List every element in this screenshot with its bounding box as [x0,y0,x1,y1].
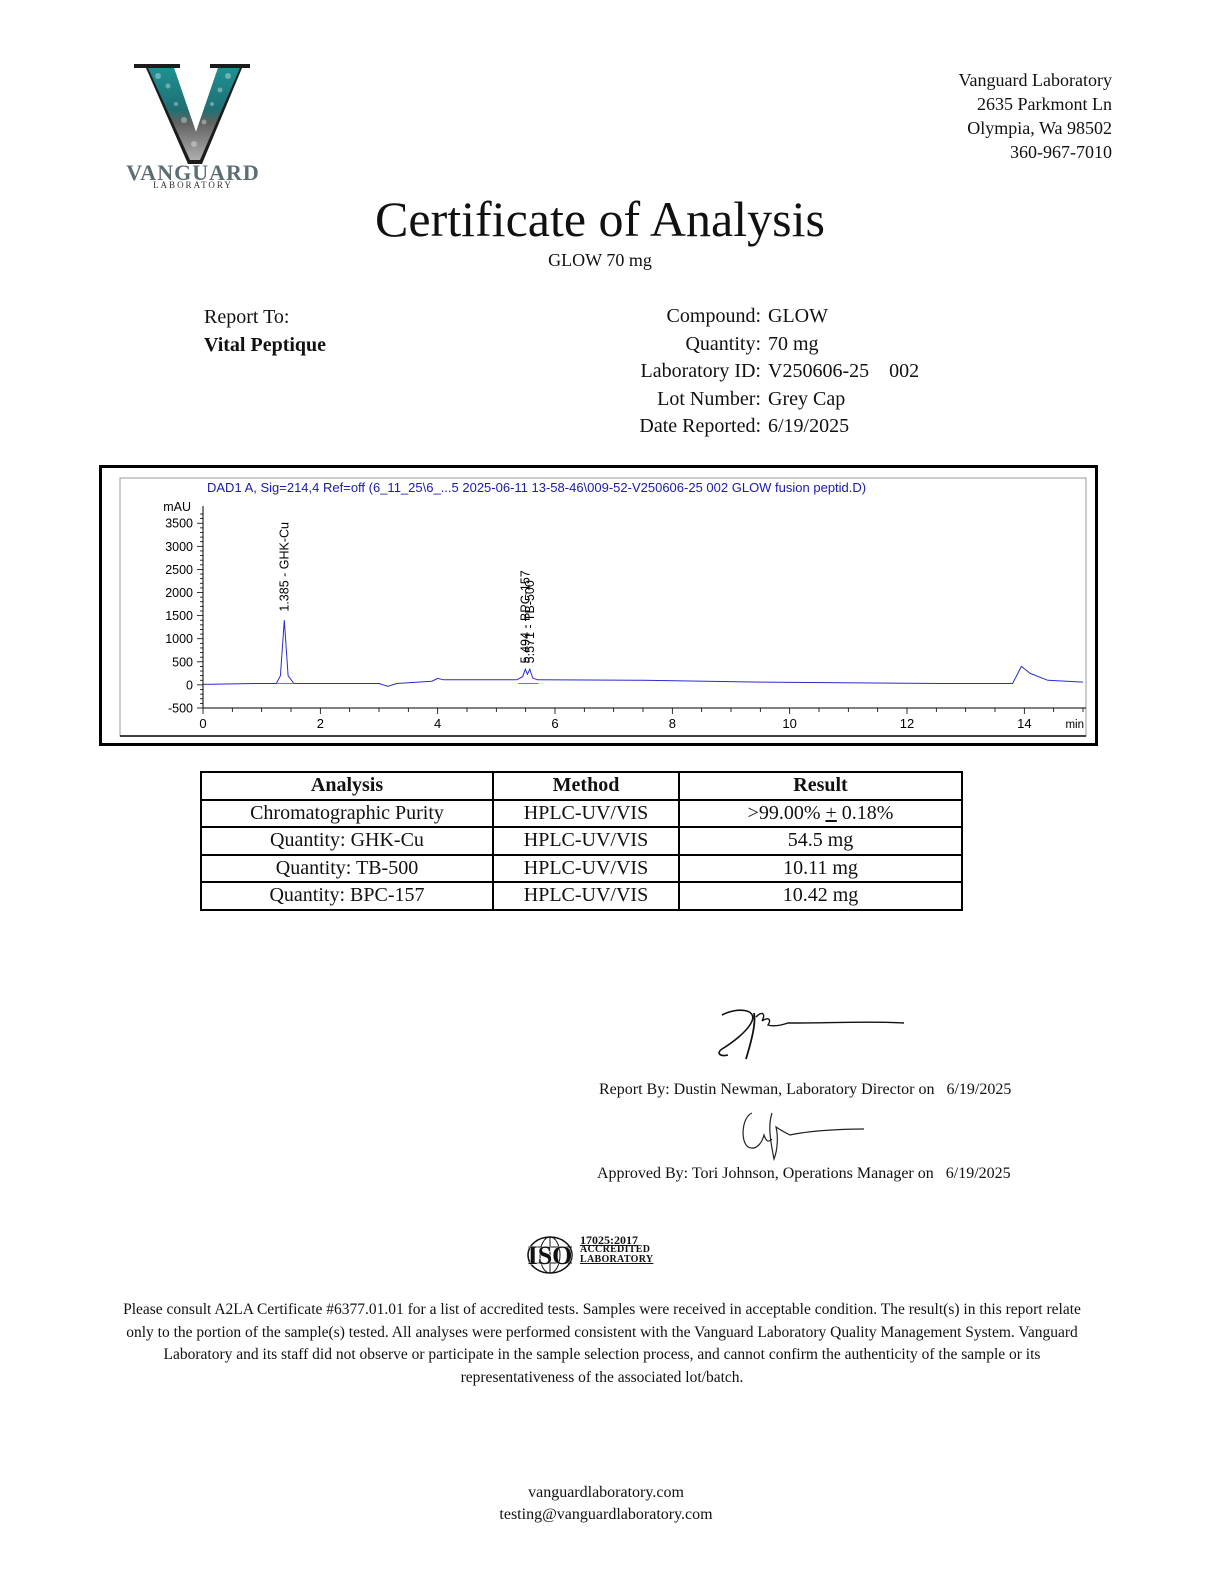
x-tick-label: 6 [551,716,558,731]
lab-street: 2635 Parkmont Ln [959,92,1112,116]
y-tick-label: 2000 [165,586,193,600]
chromatogram-trace [203,620,1083,686]
results-header-row: Analysis Method Result [201,772,962,800]
cell-method: HPLC-UV/VIS [493,882,679,910]
footer-website[interactable]: vanguardlaboratory.com [0,1482,1212,1504]
info-row-quantity: Quantity:70 mg [600,331,919,359]
manager-signature-icon [738,1105,868,1161]
y-tick-label: 2500 [165,563,193,577]
iso-laboratory: LABORATORY [580,1255,653,1265]
info-row-date: Date Reported:6/19/2025 [600,413,919,441]
vanguard-v-logo-icon [118,60,268,165]
info-label: Date Reported: [600,413,768,441]
report-to-label: Report To: [204,303,326,331]
lab-city: Olympia, Wa 98502 [959,116,1112,140]
table-row: Chromatographic Purity HPLC-UV/VIS >99.0… [201,800,962,828]
info-row-lab-id: Laboratory ID:V250606-25 002 [600,358,919,386]
peak-label: 1.385 - GHK-Cu [277,522,291,612]
lab-name: Vanguard Laboratory [959,68,1112,92]
page-subtitle: GLOW 70 mg [0,250,1200,271]
info-row-lot: Lot Number:Grey Cap [600,386,919,414]
footer: vanguardlaboratory.com testing@vanguardl… [0,1482,1212,1526]
x-tick-label: 14 [1017,716,1031,731]
cell-analysis: Quantity: GHK-Cu [201,827,493,855]
plus-minus-sign: + [826,802,837,824]
info-label: Compound: [600,303,768,331]
y-tick-label: 0 [186,678,193,692]
info-label: Quantity: [600,331,768,359]
y-tick-label: 500 [172,655,193,669]
chart-title: DAD1 A, Sig=214,4 Ref=off (6_11_25\6_...… [207,480,866,495]
cell-result: >99.00% + 0.18% [679,800,962,828]
report-by-line: Report By: Dustin Newman, Laboratory Dir… [599,1081,1011,1099]
director-signature-icon [712,1003,912,1063]
y-axis-label: mAU [163,500,191,514]
info-value: V250606-25 002 [768,358,919,386]
svg-text:ISO: ISO [528,1241,573,1270]
x-tick-label: 12 [900,716,914,731]
vanguard-logo: VANGUARD LABORATORY [118,60,268,190]
cell-method: HPLC-UV/VIS [493,800,679,828]
result-main: >99.00% [748,802,826,824]
cell-analysis: Chromatographic Purity [201,800,493,828]
table-row: Quantity: GHK-Cu HPLC-UV/VIS 54.5 mg [201,827,962,855]
cell-result: 10.42 mg [679,882,962,910]
cell-method: HPLC-UV/VIS [493,855,679,883]
lab-phone: 360-967-7010 [959,140,1112,164]
cell-method: HPLC-UV/VIS [493,827,679,855]
y-tick-label: -500 [168,702,193,716]
cell-result: 10.11 mg [679,855,962,883]
x-tick-label: 4 [434,716,441,731]
info-value: 6/19/2025 [768,413,849,441]
plot-frame [120,478,1086,736]
page-title: Certificate of Analysis [0,190,1200,248]
chromatogram-chart: DAD1 A, Sig=214,4 Ref=off (6_11_25\6_...… [102,468,1095,743]
info-row-compound: Compound:GLOW [600,303,919,331]
col-analysis: Analysis [201,772,493,800]
peak-label: 5.571 - TB-500 [523,580,537,663]
disclaimer-text: Please consult A2LA Certificate #6377.01… [110,1299,1094,1389]
x-axis-label: min [1065,719,1084,731]
cell-analysis: Quantity: TB-500 [201,855,493,883]
x-tick-label: 2 [317,716,324,731]
table-row: Quantity: TB-500 HPLC-UV/VIS 10.11 mg [201,855,962,883]
table-row: Quantity: BPC-157 HPLC-UV/VIS 10.42 mg [201,882,962,910]
y-tick-label: 3000 [165,540,193,554]
sample-info: Compound:GLOW Quantity:70 mg Laboratory … [600,303,919,441]
iso-globe-icon: ISO [520,1235,580,1275]
result-tolerance: 0.18% [837,802,894,824]
col-result: Result [679,772,962,800]
info-value: Grey Cap [768,386,845,414]
y-tick-label: 1500 [165,609,193,623]
x-tick-label: 8 [669,716,676,731]
x-tick-label: 10 [782,716,796,731]
report-to: Report To: Vital Peptique [204,303,326,359]
y-tick-label: 3500 [165,517,193,531]
footer-email[interactable]: testing@vanguardlaboratory.com [0,1504,1212,1526]
cell-analysis: Quantity: BPC-157 [201,882,493,910]
client-name: Vital Peptique [204,331,326,359]
info-value: 70 mg [768,331,819,359]
lab-address: Vanguard Laboratory 2635 Parkmont Ln Oly… [959,68,1112,164]
info-label: Laboratory ID: [600,358,768,386]
cell-result: 54.5 mg [679,827,962,855]
info-value: GLOW [768,303,828,331]
col-method: Method [493,772,679,800]
approved-by-line: Approved By: Tori Johnson, Operations Ma… [597,1165,1011,1183]
logo-subtitle: LABORATORY [118,180,268,190]
iso-text: 17025:2017 ACCREDITED LABORATORY [580,1235,653,1265]
y-tick-label: 1000 [165,632,193,646]
iso-accreditation-badge: ISO 17025:2017 ACCREDITED LABORATORY [520,1235,662,1275]
info-label: Lot Number: [600,386,768,414]
x-tick-label: 0 [199,716,206,731]
results-table: Analysis Method Result Chromatographic P… [200,771,963,911]
chromatogram-frame: DAD1 A, Sig=214,4 Ref=off (6_11_25\6_...… [99,465,1098,746]
